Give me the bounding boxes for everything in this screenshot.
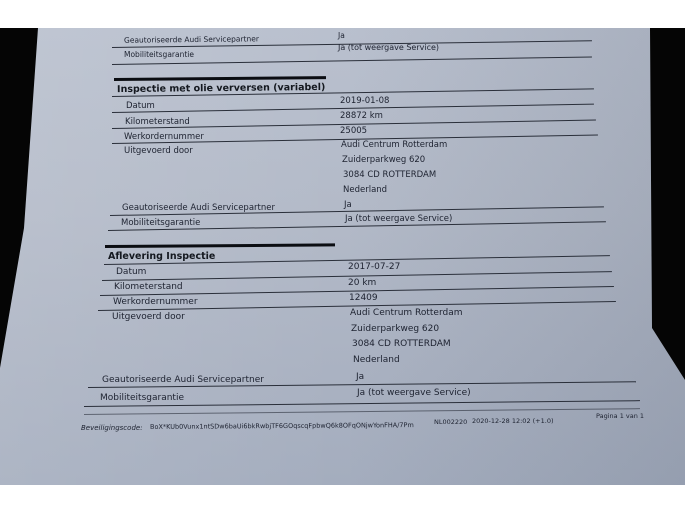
label-work-order: Werkordernummer — [124, 132, 204, 142]
value-date-2: 2017-07-27 — [348, 262, 400, 272]
value-dealer-street-2: Zuiderparkweg 620 — [351, 324, 439, 334]
value-mileage: 28872 km — [340, 111, 383, 121]
value-authorized-partner-2: Ja — [356, 372, 364, 382]
label-authorized-partner-top: Geautoriseerde Audi Servicepartner — [124, 34, 259, 44]
value-authorized-partner-top: Ja — [338, 31, 345, 40]
security-code-label: Beveiligingscode: — [81, 424, 143, 432]
label-performed-by-2: Uitgevoerd door — [112, 312, 185, 322]
label-mileage: Kilometerstand — [125, 117, 190, 127]
label-authorized-partner-2: Geautoriseerde Audi Servicepartner — [102, 375, 264, 385]
label-date-2: Datum — [116, 267, 146, 277]
value-dealer-name: Audi Centrum Rotterdam — [341, 140, 447, 150]
label-work-order-2: Werkordernummer — [113, 297, 198, 307]
value-work-order-2: 12409 — [349, 293, 378, 303]
dealer-code: NL002220 — [434, 418, 467, 426]
page-number: Pagina 1 van 1 — [596, 412, 644, 420]
label-mobility-2: Mobiliteitsgarantie — [100, 393, 184, 403]
value-mileage-2: 20 km — [348, 278, 376, 288]
label-date: Datum — [126, 101, 155, 111]
print-timestamp: 2020-12-28 12:02 (+1.0) — [472, 417, 554, 425]
value-dealer-city-2: 3084 CD ROTTERDAM — [352, 339, 451, 349]
value-mobility: Ja (tot weergave Service) — [345, 214, 452, 224]
value-dealer-street: Zuiderparkweg 620 — [342, 155, 425, 165]
value-dealer-name-2: Audi Centrum Rotterdam — [350, 308, 463, 318]
value-work-order: 25005 — [340, 126, 367, 136]
label-mileage-2: Kilometerstand — [114, 282, 183, 292]
label-performed-by: Uitgevoerd door — [124, 146, 193, 156]
value-dealer-country-2: Nederland — [353, 355, 400, 365]
section-title-delivery-inspection: Aflevering Inspectie — [108, 251, 215, 262]
label-mobility: Mobiliteitsgarantie — [121, 218, 200, 228]
value-mobility-top: Ja (tot weergave Service) — [338, 43, 439, 52]
value-dealer-country: Nederland — [343, 185, 387, 195]
label-mobility-top: Mobiliteitsgarantie — [124, 50, 194, 59]
value-dealer-city: 3084 CD ROTTERDAM — [343, 170, 436, 180]
value-mobility-2: Ja (tot weergave Service) — [357, 388, 471, 398]
value-date: 2019-01-08 — [340, 96, 389, 106]
label-authorized-partner: Geautoriseerde Audi Servicepartner — [122, 203, 275, 213]
value-authorized-partner: Ja — [344, 200, 352, 210]
